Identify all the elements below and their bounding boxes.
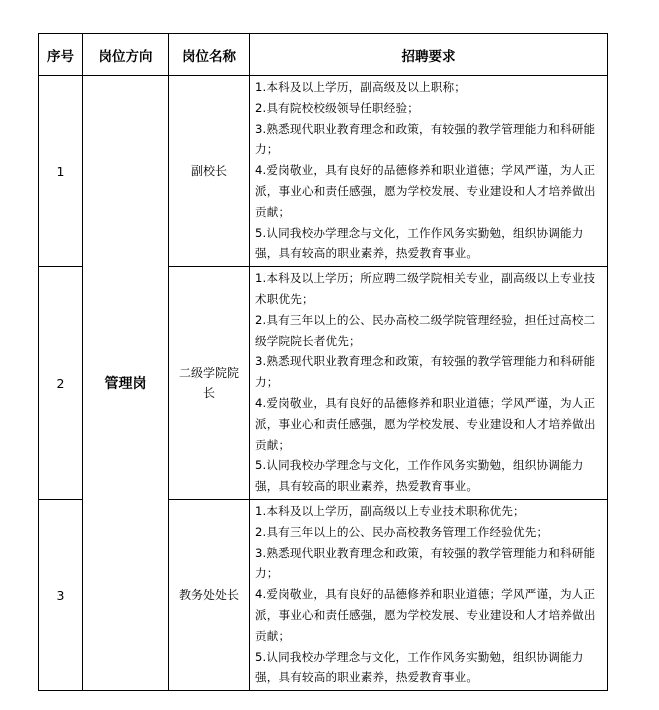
position-direction: 管理岗 bbox=[83, 76, 169, 691]
requirement-item: 2.具有院校校级领导任职经验； bbox=[255, 98, 603, 119]
requirement-item: 5.认同我校办学理念与文化，工作作风务实勤勉，组织协调能力强，具有较高的职业素养… bbox=[255, 647, 603, 689]
position-name-cell: 副校长 bbox=[169, 76, 250, 267]
row-number: 3 bbox=[39, 499, 83, 690]
position-name: 教务处处长 bbox=[178, 585, 240, 605]
requirement-item: 4.爱岗敬业，具有良好的品德修养和职业道德；学风严谨，为人正派，事业心和责任感强… bbox=[255, 160, 603, 222]
position-name-cell: 二级学院院长 bbox=[169, 267, 250, 500]
table-row: 1 管理岗 副校长 1.本科及以上学历，副高级及以上职称； 2.具有院校校级领导… bbox=[39, 76, 608, 267]
header-position-direction: 岗位方向 bbox=[83, 34, 169, 76]
requirement-item: 4.爱岗敬业，具有良好的品德修养和职业道德；学风严谨，为人正派，事业心和责任感强… bbox=[255, 584, 603, 646]
requirement-item: 2.具有三年以上的公、民办高校二级学院管理经验，担任过高校二级学院院长者优先； bbox=[255, 310, 603, 352]
requirement-item: 3.熟悉现代职业教育理念和政策，有较强的教学管理能力和科研能力； bbox=[255, 543, 603, 585]
position-name-cell: 教务处处长 bbox=[169, 499, 250, 690]
recruitment-table: 序号 岗位方向 岗位名称 招聘要求 1 管理岗 副校长 1.本科及以上学历，副高… bbox=[38, 33, 608, 691]
requirement-item: 5.认同我校办学理念与文化，工作作风务实勤勉，组织协调能力强，具有较高的职业素养… bbox=[255, 455, 603, 497]
header-row: 序号 岗位方向 岗位名称 招聘要求 bbox=[39, 34, 608, 76]
requirement-item: 1.本科及以上学历，副高级以上专业技术职称优先； bbox=[255, 501, 603, 522]
requirement-item: 2.具有三年以上的公、民办高校教务管理工作经验优先； bbox=[255, 522, 603, 543]
requirement-item: 1.本科及以上学历，副高级及以上职称； bbox=[255, 77, 603, 98]
header-position-name: 岗位名称 bbox=[169, 34, 250, 76]
requirements-cell: 1.本科及以上学历，副高级及以上职称； 2.具有院校校级领导任职经验； 3.熟悉… bbox=[250, 76, 608, 267]
requirements-cell: 1.本科及以上学历；所应聘二级学院相关专业，副高级以上专业技术职优先； 2.具有… bbox=[250, 267, 608, 500]
row-number: 1 bbox=[39, 76, 83, 267]
requirement-item: 1.本科及以上学历；所应聘二级学院相关专业，副高级以上专业技术职优先； bbox=[255, 268, 603, 310]
position-name: 副校长 bbox=[178, 161, 240, 181]
requirement-item: 3.熟悉现代职业教育理念和政策，有较强的教学管理能力和科研能力； bbox=[255, 119, 603, 161]
requirement-item: 5.认同我校办学理念与文化，工作作风务实勤勉，组织协调能力强，具有较高的职业素养… bbox=[255, 223, 603, 265]
requirement-item: 3.熟悉现代职业教育理念和政策，有较强的教学管理能力和科研能力； bbox=[255, 351, 603, 393]
requirements-cell: 1.本科及以上学历，副高级以上专业技术职称优先； 2.具有三年以上的公、民办高校… bbox=[250, 499, 608, 690]
requirement-item: 4.爱岗敬业，具有良好的品德修养和职业道德；学风严谨，为人正派，事业心和责任感强… bbox=[255, 393, 603, 455]
header-requirements: 招聘要求 bbox=[250, 34, 608, 76]
row-number: 2 bbox=[39, 267, 83, 500]
header-serial-number: 序号 bbox=[39, 34, 83, 76]
position-name: 二级学院院长 bbox=[178, 363, 240, 403]
